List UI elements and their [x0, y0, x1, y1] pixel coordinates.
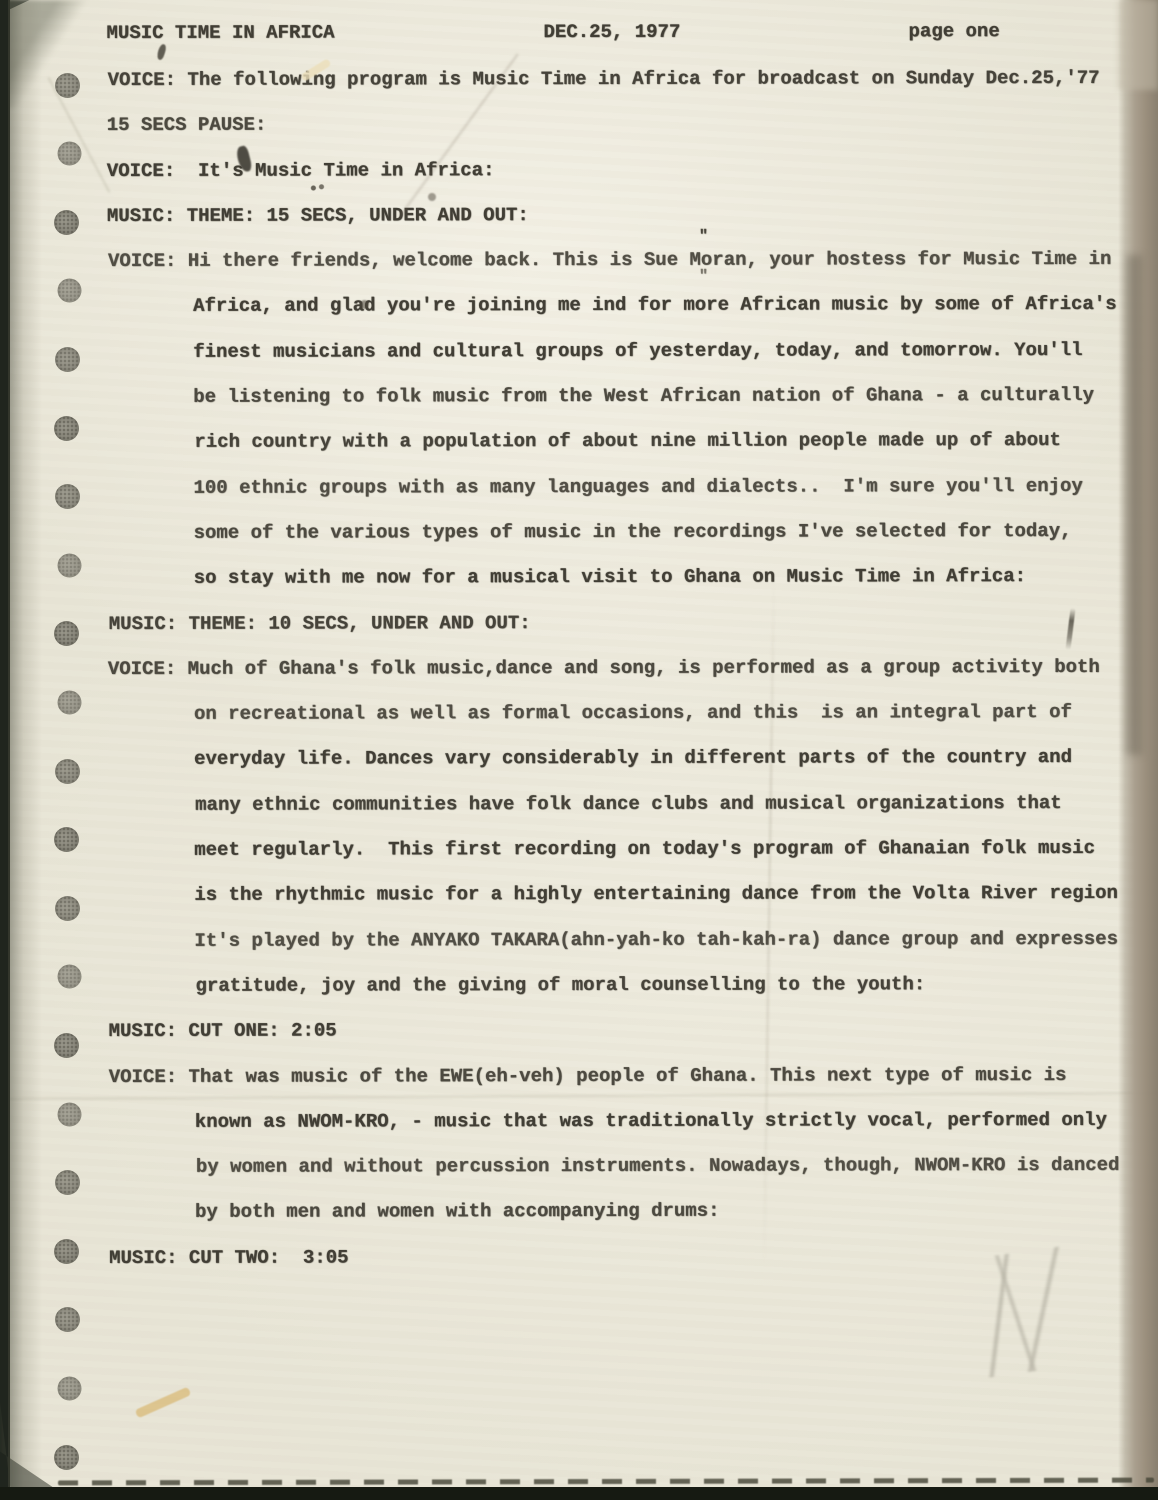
document-title: MUSIC TIME IN AFRICA [106, 21, 334, 45]
script-line: by both men and women with accompanying … [9, 1188, 1158, 1236]
script-line: MUSIC: THEME: 10 SECS, UNDER AND OUT: [9, 599, 1158, 647]
punch-hole [55, 896, 80, 921]
typewriter-overstrike-mark-below: " [699, 268, 709, 285]
punch-hole [54, 210, 79, 235]
script-line: VOICE: It's Music Time in Africa: [7, 146, 1157, 194]
script-line: so stay with me now for a musical visit … [8, 554, 1158, 602]
script-line: 15 SECS PAUSE: [7, 101, 1157, 149]
script-line: meet regularly. This first recording on … [8, 826, 1158, 874]
script-line: gratitude, joy and the giving of moral c… [9, 962, 1158, 1010]
pencil-scribble [915, 1244, 1090, 1385]
punch-hole [54, 827, 79, 852]
script-line: is the rhythmic music for a highly enter… [8, 871, 1158, 919]
punch-hole [54, 1239, 79, 1264]
script-line: be listening to folk music from the West… [7, 373, 1157, 421]
punch-hole [54, 621, 79, 646]
ink-speck [360, 300, 369, 309]
scan-edge-bottom [0, 1487, 1158, 1500]
paper-sheet: MUSIC TIME IN AFRICA DEC.25, 1977 page o… [8, 0, 1158, 1487]
script-line: on recreational as well as formal occasi… [8, 690, 1158, 738]
punch-hole [58, 553, 82, 577]
punch-hole [58, 1376, 82, 1400]
punch-hole [54, 1033, 79, 1058]
document-date: DEC.25, 1977 [543, 20, 680, 44]
script-line: 100 ethnic groups with as many languages… [7, 463, 1157, 511]
script-line: everyday life. Dances vary considerably … [8, 735, 1158, 783]
script-line: MUSIC: CUT ONE: 2:05 [9, 1007, 1158, 1055]
script-line: VOICE: Hi there friends, welcome back. T… [8, 237, 1158, 285]
ink-speck [308, 182, 326, 194]
script-line: known as NWOM-KRO, - music that was trad… [9, 1098, 1158, 1146]
script-line: finest musicians and cultural groups of … [7, 328, 1157, 376]
fold-band-dark-streak [1126, 255, 1142, 755]
punch-hole [58, 1102, 82, 1126]
script-line: by women and without percussion instrume… [10, 1143, 1158, 1191]
punch-hole [55, 484, 80, 509]
script-line: many ethnic communities have folk dance … [9, 781, 1158, 829]
punch-hole [55, 347, 80, 372]
fold-band-highlight [1118, 0, 1158, 90]
script-line: rich country with a population of about … [8, 418, 1158, 466]
page-number: page one [908, 19, 999, 43]
typewriter-overstrike-mark-above: " [699, 228, 709, 245]
ink-speck [428, 193, 436, 201]
punch-hole [58, 142, 82, 166]
script-line: Africa, and glad you're joining me ind f… [7, 282, 1157, 330]
script-line: VOICE: The following program is Music Ti… [8, 56, 1158, 104]
script-line: some of the various types of music in th… [8, 509, 1158, 557]
punch-hole [58, 690, 82, 714]
script-line: VOICE: Much of Ghana's folk music,dance … [8, 645, 1158, 693]
paper-edge-shadow-left [8, 0, 42, 1500]
script-line: It's played by the ANYAKO TAKARA(ahn-yah… [8, 916, 1158, 964]
punch-hole [54, 1445, 79, 1470]
punch-hole [55, 759, 80, 784]
punch-hole [55, 1170, 80, 1195]
punch-hole [54, 416, 79, 441]
scanned-document-page: MUSIC TIME IN AFRICA DEC.25, 1977 page o… [0, 0, 1158, 1500]
script-line: MUSIC: THEME: 15 SECS, UNDER AND OUT: [7, 192, 1157, 240]
